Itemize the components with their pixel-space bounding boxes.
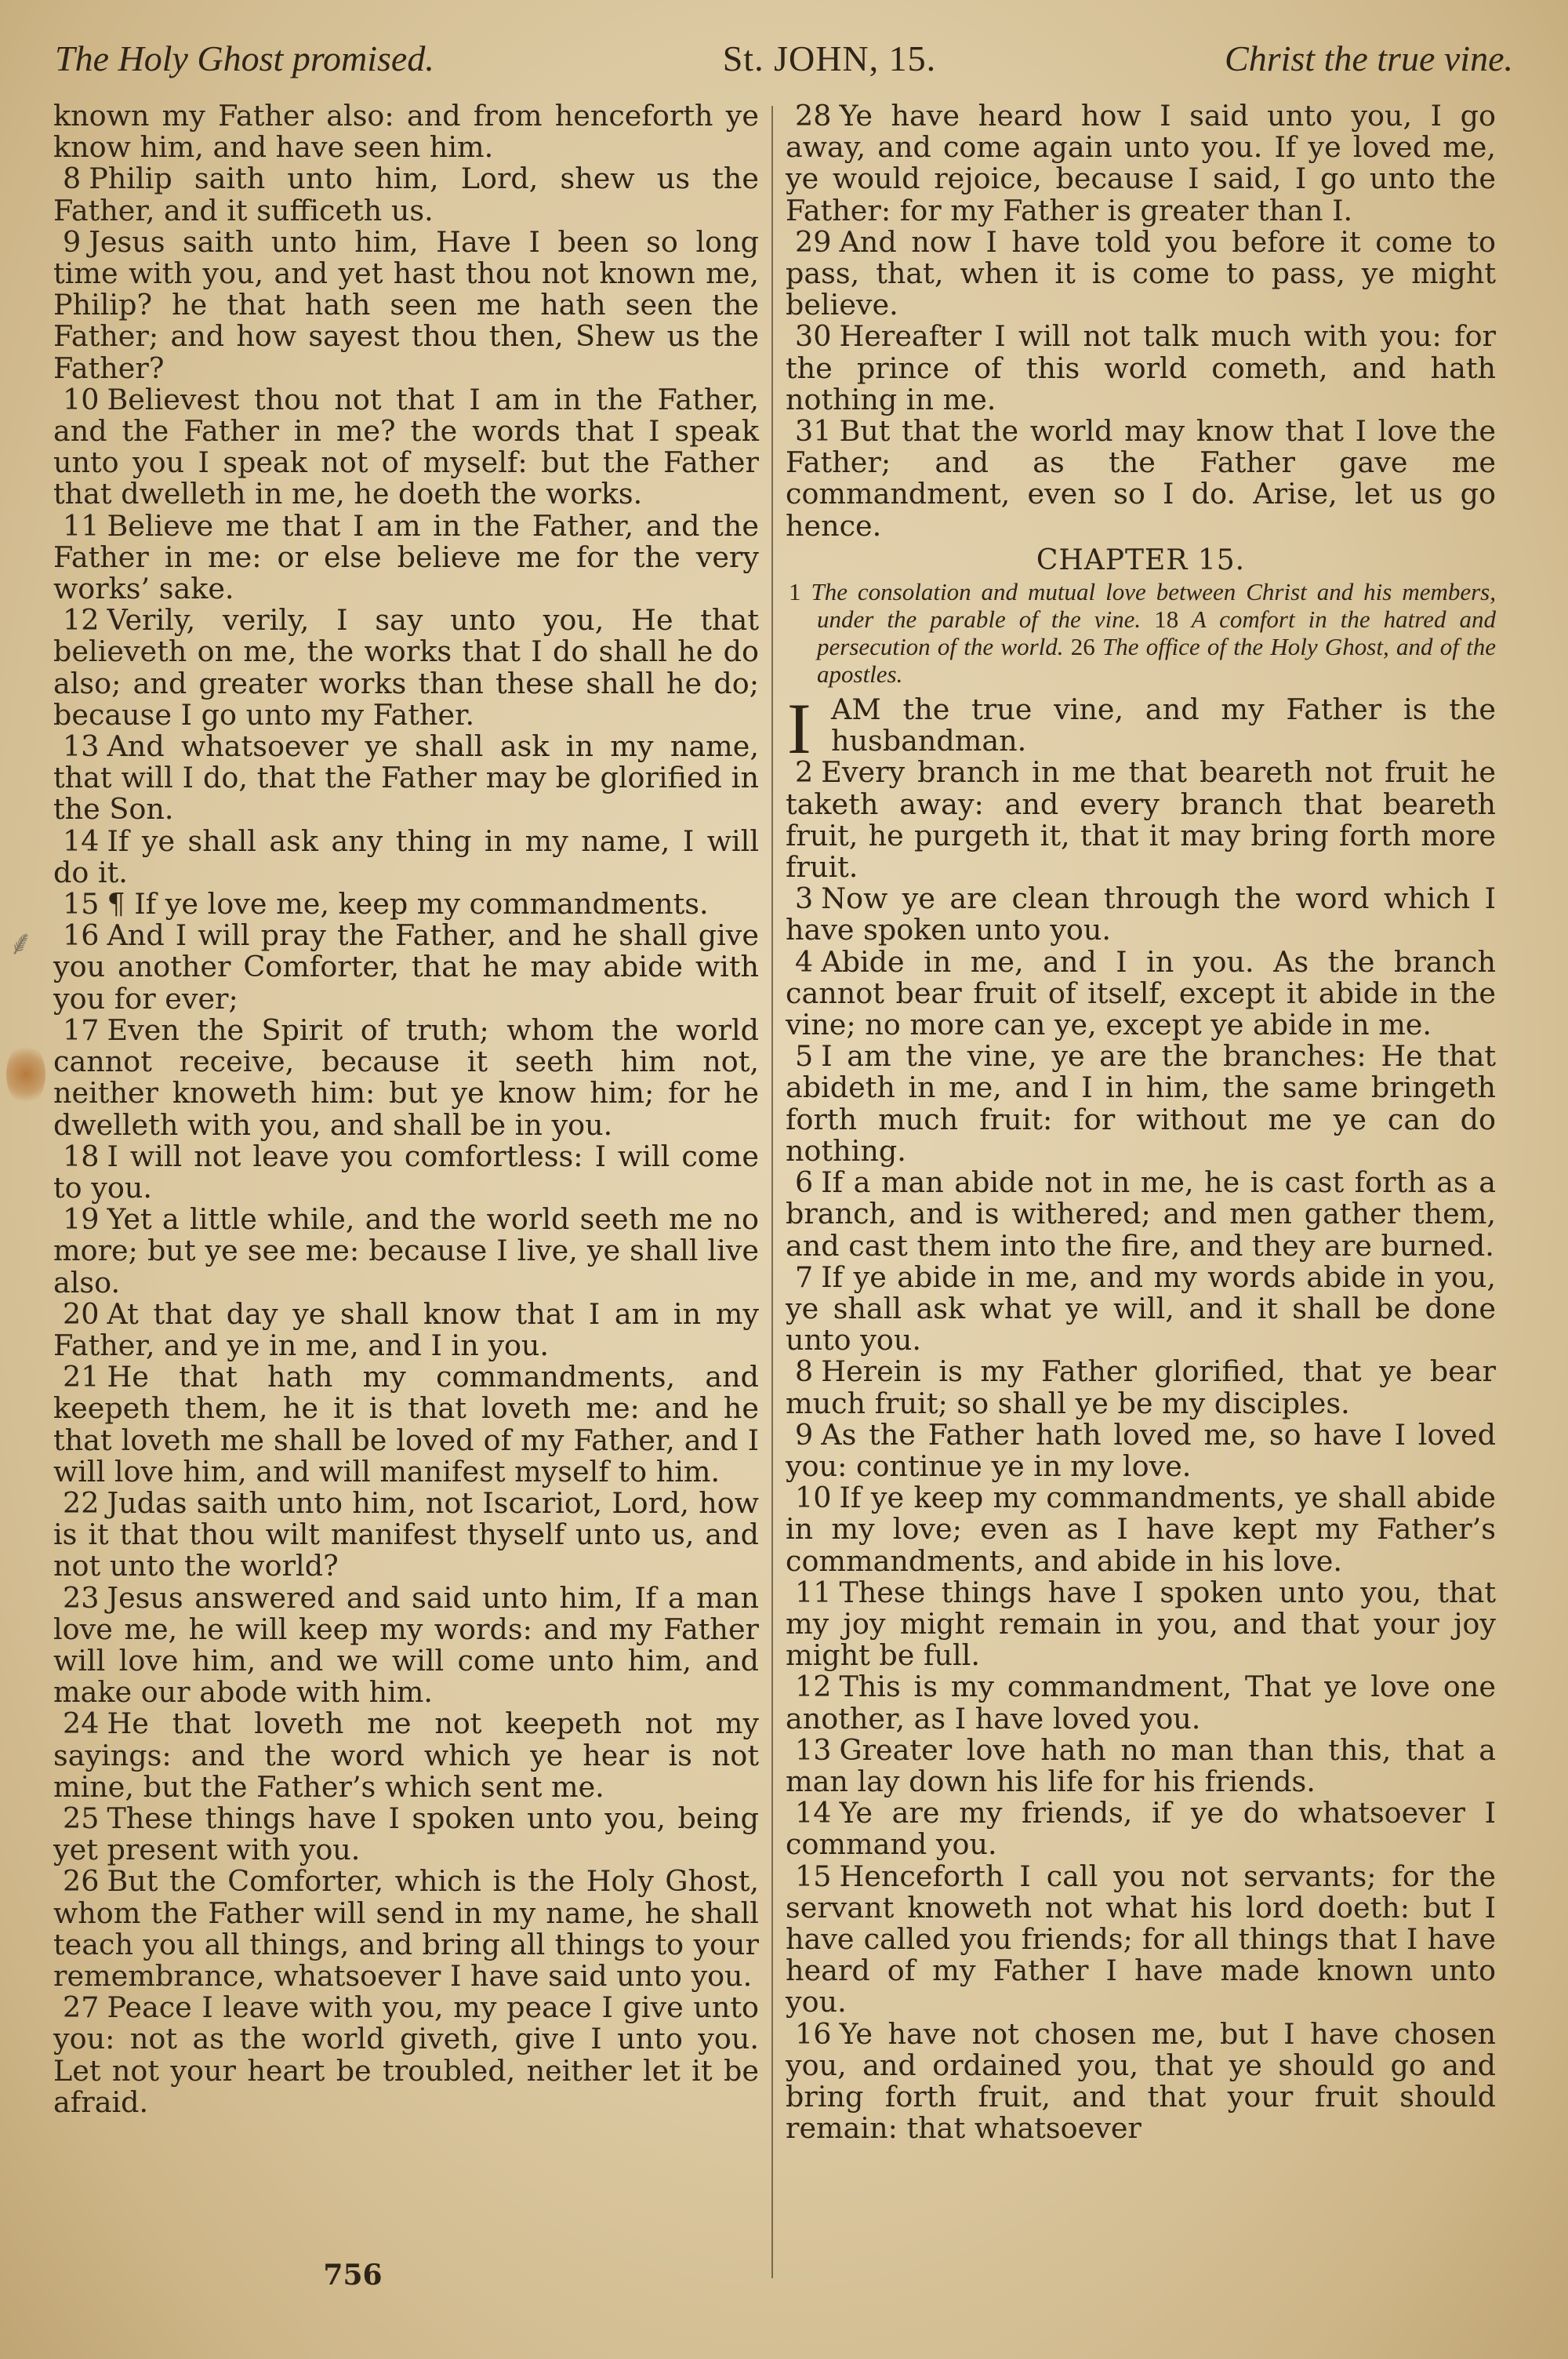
- verse-number: 9: [795, 1418, 813, 1452]
- verse-text: But the Comforter, which is the Holy Gho…: [53, 1864, 759, 1993]
- verse-text: But that the world may know that I love …: [786, 414, 1496, 543]
- verse-text: And I will pray the Father, and he shall…: [53, 918, 759, 1015]
- right-verses-after: 2Every branch in me that beareth not fru…: [786, 757, 1496, 2144]
- verse-continuation: known my Father also: and from hencefort…: [53, 100, 759, 163]
- right-column: 28Ye have heard how I said unto you, I g…: [786, 100, 1496, 2144]
- verse: 18I will not leave you comfortless: I wi…: [53, 1141, 759, 1204]
- verse-text: Herein is my Father glorified, that ye b…: [786, 1354, 1496, 1419]
- page-number: 756: [306, 2259, 400, 2292]
- verse-text: Abide in me, and I in you. As the branch…: [786, 945, 1496, 1041]
- verse-number: 15: [63, 887, 99, 921]
- verse-text: Even the Spirit of truth; whom the world…: [53, 1013, 759, 1142]
- pencil-mark-icon: ⸙: [8, 918, 39, 972]
- verse: 25These things have I spoken unto you, b…: [53, 1803, 759, 1866]
- verse-text: Believe me that I am in the Father, and …: [53, 509, 759, 605]
- verse-text: Every branch in me that beareth not frui…: [786, 755, 1496, 884]
- verse-number: 6: [795, 1165, 813, 1199]
- verse-number: 10: [795, 1481, 831, 1514]
- verse-text: This is my commandment, That ye love one…: [786, 1670, 1496, 1735]
- summary-ref-18: 18: [1154, 605, 1178, 633]
- verse: 27Peace I leave with you, my peace I giv…: [53, 1992, 759, 2118]
- left-verses: 8Philip saith unto him, Lord, shew us th…: [53, 163, 759, 2118]
- running-head-left: The Holy Ghost promised.: [55, 38, 434, 79]
- verse-text: And now I have told you before it come t…: [786, 225, 1496, 322]
- verse-number: 26: [63, 1864, 99, 1898]
- verse-number: 16: [63, 918, 99, 952]
- right-verses-before: 28Ye have heard how I said unto you, I g…: [786, 100, 1496, 542]
- verse: 9As the Father hath loved me, so have I …: [786, 1419, 1496, 1482]
- verse: 5I am the vine, ye are the branches: He …: [786, 1041, 1496, 1167]
- verse-text: Believest thou not that I am in the Fath…: [53, 383, 759, 511]
- verse-text: Now ye are clean through the word which …: [786, 881, 1496, 947]
- verse-number: 29: [795, 225, 831, 259]
- verse-number: 15: [795, 1859, 831, 1893]
- verse-number: 27: [63, 1990, 99, 2024]
- verse: 13And whatsoever ye shall ask in my name…: [53, 731, 759, 826]
- verse: 21He that hath my commandments, and keep…: [53, 1361, 759, 1488]
- verse-text: I am the vine, ye are the branches: He t…: [786, 1039, 1496, 1168]
- verse-number: 20: [63, 1297, 99, 1331]
- verse-text: And whatsoever ye shall ask in my name, …: [53, 729, 759, 826]
- verse: 24He that loveth me not keepeth not my s…: [53, 1708, 759, 1803]
- verse-text: Peace I leave with you, my peace I give …: [53, 1990, 759, 2119]
- verse: 11These things have I spoken unto you, t…: [786, 1577, 1496, 1672]
- running-head-right: Christ the true vine.: [1225, 38, 1513, 79]
- verse-text: Greater love hath no man than this, that…: [786, 1733, 1496, 1798]
- verse: 16Ye have not chosen me, but I have chos…: [786, 2019, 1496, 2145]
- verse: 8Philip saith unto him, Lord, shew us th…: [53, 163, 759, 226]
- verse-text: He that hath my commandments, and keepet…: [53, 1360, 759, 1488]
- verse-text: Ye are my friends, if ye do whatsoever I…: [786, 1796, 1496, 1861]
- verse: 20At that day ye shall know that I am in…: [53, 1299, 759, 1361]
- verse-number: 21: [63, 1360, 99, 1394]
- verse: 9Jesus saith unto him, Have I been so lo…: [53, 227, 759, 384]
- verse-number: 24: [63, 1707, 99, 1740]
- verse-number: 30: [795, 319, 831, 353]
- verse-text: ¶ If ye love me, keep my commandments.: [107, 887, 708, 921]
- chapter-summary: 1 The consolation and mutual love betwee…: [786, 578, 1496, 688]
- verse: 16And I will pray the Father, and he sha…: [53, 920, 759, 1015]
- verse-number: 4: [795, 945, 813, 979]
- verse: 19Yet a little while, and the world seet…: [53, 1204, 759, 1299]
- verse-text: If ye shall ask any thing in my name, I …: [53, 824, 759, 889]
- verse-number: 10: [63, 383, 99, 416]
- verse-text: Henceforth I call you not servants; for …: [786, 1859, 1496, 2019]
- verse: 13Greater love hath no man than this, th…: [786, 1735, 1496, 1797]
- verse: 10If ye keep my commandments, ye shall a…: [786, 1482, 1496, 1577]
- verse-number: 5: [795, 1039, 813, 1073]
- verse-text: At that day ye shall know that I am in m…: [53, 1297, 759, 1362]
- verse-text: If a man abide not in me, he is cast for…: [786, 1165, 1496, 1262]
- verse: 15Henceforth I call you not servants; fo…: [786, 1861, 1496, 2019]
- verse: 26But the Comforter, which is the Holy G…: [53, 1866, 759, 1992]
- verse: 6If a man abide not in me, he is cast fo…: [786, 1167, 1496, 1262]
- verse-number: 12: [63, 603, 99, 637]
- verse-text: He that loveth me not keepeth not my say…: [53, 1707, 759, 1803]
- verse: 12This is my commandment, That ye love o…: [786, 1671, 1496, 1734]
- verse-number: 13: [63, 729, 99, 763]
- verse: 15¶ If ye love me, keep my commandments.: [53, 889, 759, 920]
- verse: 28Ye have heard how I said unto you, I g…: [786, 100, 1496, 227]
- column-divider: [771, 106, 773, 2278]
- verse-text: Hereafter I will not talk much with you:…: [786, 319, 1496, 416]
- verse: 23Jesus answered and said unto him, If a…: [53, 1583, 759, 1709]
- verse-number: 9: [63, 225, 81, 259]
- verse: 10Believest thou not that I am in the Fa…: [53, 384, 759, 511]
- verse: 4Abide in me, and I in you. As the branc…: [786, 947, 1496, 1041]
- verse-text: If ye abide in me, and my words abide in…: [786, 1260, 1496, 1357]
- verse: 8Herein is my Father glorified, that ye …: [786, 1356, 1496, 1419]
- verse-text: Yet a little while, and the world seeth …: [53, 1202, 759, 1299]
- verse: 30Hereafter I will not talk much with yo…: [786, 321, 1496, 416]
- verse-number: 3: [795, 881, 813, 915]
- verse-1-text: AM the true vine, and my Father is the h…: [831, 692, 1496, 758]
- verse-number: 14: [63, 824, 99, 858]
- verse: 12Verily, verily, I say unto you, He tha…: [53, 605, 759, 731]
- verse-text: If ye keep my commandments, ye shall abi…: [786, 1481, 1496, 1577]
- verse-number: 12: [795, 1670, 831, 1703]
- verse-text: Jesus saith unto him, Have I been so lon…: [53, 225, 759, 385]
- verse-text: These things have I spoken unto you, tha…: [786, 1576, 1496, 1672]
- verse-text: As the Father hath loved me, so have I l…: [786, 1418, 1496, 1483]
- verse-1: I AM the true vine, and my Father is the…: [786, 694, 1496, 757]
- running-head: The Holy Ghost promised. St. JOHN, 15. C…: [55, 38, 1513, 88]
- verse-number: 31: [795, 414, 831, 448]
- verse-number: 14: [795, 1796, 831, 1830]
- verse: 2Every branch in me that beareth not fru…: [786, 757, 1496, 883]
- verse-number: 28: [795, 99, 831, 133]
- verse: 29And now I have told you before it come…: [786, 227, 1496, 322]
- page-stain: [6, 1043, 45, 1106]
- verse: 17Even the Spirit of truth; whom the wor…: [53, 1015, 759, 1141]
- verse-text: These things have I spoken unto you, bei…: [53, 1801, 759, 1866]
- verse-number: 17: [63, 1013, 99, 1047]
- verse-number: 11: [63, 509, 99, 543]
- verse-text: I will not leave you comfortless: I will…: [53, 1140, 759, 1205]
- verse-text: Ye have not chosen me, but I have chosen…: [786, 2017, 1496, 2146]
- verse-number: 22: [63, 1486, 99, 1520]
- verse: 11Believe me that I am in the Father, an…: [53, 511, 759, 605]
- verse-number: 16: [795, 2017, 831, 2051]
- verse-number: 25: [63, 1801, 99, 1835]
- drop-cap: I: [787, 697, 811, 760]
- verse-number: 19: [63, 1202, 99, 1236]
- verse: 14Ye are my friends, if ye do whatsoever…: [786, 1797, 1496, 1860]
- verse: 3Now ye are clean through the word which…: [786, 883, 1496, 946]
- verse-text: Jesus answered and said unto him, If a m…: [53, 1581, 759, 1710]
- summary-ref-1: 1: [789, 578, 801, 605]
- verse-number: 23: [63, 1581, 99, 1615]
- bible-page: The Holy Ghost promised. St. JOHN, 15. C…: [0, 0, 1568, 2359]
- verse-number: 8: [63, 162, 81, 195]
- left-column: known my Father also: and from hencefort…: [53, 100, 759, 2118]
- verse-number: 13: [795, 1733, 831, 1767]
- running-head-center: St. JOHN, 15.: [723, 38, 936, 79]
- verse-number: 11: [795, 1576, 831, 1609]
- chapter-title: CHAPTER 15.: [786, 545, 1496, 576]
- verse-number: 18: [63, 1140, 99, 1173]
- verse: 7If ye abide in me, and my words abide i…: [786, 1262, 1496, 1357]
- verse: 22Judas saith unto him, not Iscariot, Lo…: [53, 1488, 759, 1583]
- verse-text: Verily, verily, I say unto you, He that …: [53, 603, 759, 732]
- verse: 31But that the world may know that I lov…: [786, 416, 1496, 542]
- verse-text: Ye have heard how I said unto you, I go …: [786, 99, 1496, 227]
- verse-text: Judas saith unto him, not Iscariot, Lord…: [53, 1486, 759, 1583]
- summary-ref-26: 26: [1071, 633, 1095, 660]
- verse-number: 7: [795, 1260, 813, 1294]
- verse: 14If ye shall ask any thing in my name, …: [53, 826, 759, 889]
- verse-number: 8: [795, 1354, 813, 1388]
- verse-text: Philip saith unto him, Lord, shew us the…: [53, 162, 759, 227]
